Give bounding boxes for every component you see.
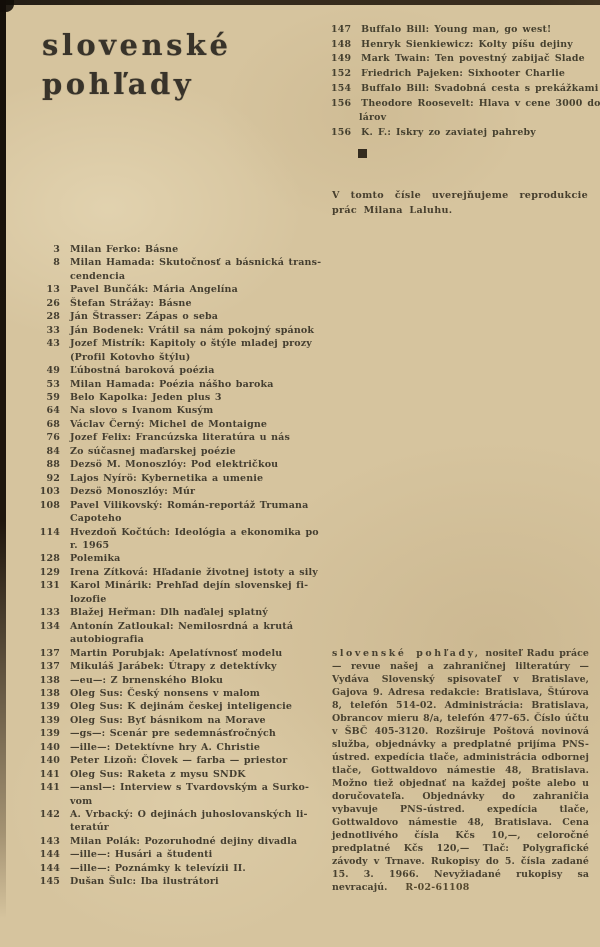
toc-entry: 144 —ille—: Husári a študenti [34, 848, 334, 861]
toc-entry-page-number: 28 [34, 310, 60, 323]
toc-entry: 139 Oleg Sus: Byť básnikom na Morave [34, 714, 334, 727]
toc-entry: 140 —ille—: Detektívne hry A. Christie [34, 741, 334, 754]
toc-entry-title: Friedrich Pajeken: Sixhooter Charlie [361, 67, 565, 82]
journal-title-line2: pohľady [42, 65, 231, 104]
toc-entry-title: Peter Lizoň: Človek — farba — priestor [70, 754, 287, 767]
toc-entry: lárov [331, 111, 593, 126]
toc-entry-page-number: 108 [34, 499, 60, 512]
toc-entry-page-number: 152 [331, 67, 351, 82]
toc-entry-title: —ille—: Poznámky k televízii II. [70, 862, 246, 875]
imprint-paragraph: slovenské pohľady, nositeľ Radu práce — … [332, 648, 589, 894]
toc-entry-page-number: 148 [331, 38, 351, 53]
toc-entry: 131 Karol Minárik: Prehľad dejín slovens… [34, 579, 334, 592]
toc-entry-title: teratúr [70, 821, 109, 834]
toc-entry-page-number: 131 [34, 579, 60, 592]
toc-entry-title: Irena Zítková: Hľadanie životnej istoty … [70, 566, 318, 579]
toc-entry-title: —gs—: Scenár pre sedemnásťročných [70, 727, 276, 740]
toc-entry-title: K. F.: Iskry zo zaviatej pahreby [361, 126, 536, 141]
toc-entry-page-number: 141 [34, 768, 60, 781]
toc-entry-page-number: 103 [34, 485, 60, 498]
toc-entry-page-number: 84 [34, 445, 60, 458]
scanned-page: slovenské pohľady 147 Buffalo Bill: Youn… [0, 0, 600, 947]
toc-entry: 129 Irena Zítková: Hľadanie životnej ist… [34, 566, 334, 579]
toc-entry: 139 —gs—: Scenár pre sedemnásťročných [34, 727, 334, 740]
reproductions-note: V tomto čísle uverejňujeme reprodukcie p… [332, 188, 588, 219]
toc-entry-page-number: 139 [34, 727, 60, 740]
toc-entry: 156 Theodore Roosevelt: Hlava v cene 300… [331, 97, 593, 112]
toc-entry-page-number: 64 [34, 404, 60, 417]
toc-entry-title: (Profil Kotovho štýlu) [70, 351, 190, 364]
toc-entry: 13 Pavel Bunčák: Mária Angelína [34, 283, 334, 296]
toc-entry-page-number: 141 [34, 781, 60, 794]
toc-entry-page-number: 143 [34, 835, 60, 848]
toc-entry-page-number: 26 [34, 297, 60, 310]
toc-entry-title: Milan Ferko: Básne [70, 243, 178, 256]
toc-entry-page-number: 129 [34, 566, 60, 579]
toc-entry: 137 Martin Porubjak: Apelatívnosť modelu [34, 647, 334, 660]
toc-entry: 139 Oleg Sus: K dejinám českej inteligen… [34, 700, 334, 713]
toc-entry-page-number: 137 [34, 647, 60, 660]
toc-entry: 88 Dezsö M. Monoszlóy: Pod električkou [34, 458, 334, 471]
toc-entry-page-number: 3 [34, 243, 60, 256]
toc-entry: teratúr [34, 821, 334, 834]
toc-entry-page-number: 76 [34, 431, 60, 444]
toc-entry: 142 A. Vrbacký: O dejinách juhoslovanský… [34, 808, 334, 821]
toc-entry-title: Oleg Sus: Český nonsens v malom [70, 687, 260, 700]
toc-entry: 145 Dušan Šulc: Iba ilustrátori [34, 875, 334, 888]
toc-entry-title: Henryk Sienkiewicz: Kolty píšu dejiny [361, 38, 573, 53]
toc-entry: 137 Mikuláš Jarábek: Útrapy z detektívky [34, 660, 334, 673]
toc-entry: 140 Peter Lizoň: Človek — farba — priest… [34, 754, 334, 767]
toc-entry: 149 Mark Twain: Ten povestný zabijač Sla… [331, 52, 593, 67]
toc-entry: 138 Oleg Sus: Český nonsens v malom [34, 687, 334, 700]
toc-entry-title: Dezsö M. Monoszlóy: Pod električkou [70, 458, 278, 471]
toc-entry-page-number: 145 [34, 875, 60, 888]
imprint-print-code: R-02-61108 [405, 882, 469, 893]
toc-entry-page-number: 13 [34, 283, 60, 296]
toc-entry-page-number: 154 [331, 82, 351, 97]
toc-entry-page-number: 139 [34, 714, 60, 727]
toc-entry-title: A. Vrbacký: O dejinách juhoslovanských l… [70, 808, 308, 821]
toc-entry-title: Na slovo s Ivanom Kusým [70, 404, 213, 417]
toc-entry-title: Belo Kapolka: Jeden plus 3 [70, 391, 222, 404]
journal-title: slovenské pohľady [42, 26, 231, 104]
toc-entry-title: Karol Minárik: Prehľad dejín slovenskej … [70, 579, 308, 592]
toc-entry: r. 1965 [34, 539, 334, 552]
toc-entry-page-number: 88 [34, 458, 60, 471]
toc-entry-title: lozofie [70, 593, 106, 606]
toc-entry-page-number: 8 [34, 256, 60, 269]
toc-entry-title: Ľúbostná baroková poézia [70, 364, 215, 377]
toc-entry-title: Dezsö Monoszlóy: Múr [70, 485, 195, 498]
toc-entry-title: Jozef Mistrík: Kapitoly o štýle mladej p… [70, 337, 312, 350]
toc-entry-page-number: 144 [34, 862, 60, 875]
scan-edge-corner [0, 0, 14, 12]
toc-entry-title: Václav Černý: Michel de Montaigne [70, 418, 267, 431]
toc-entry: 144 —ille—: Poznámky k televízii II. [34, 862, 334, 875]
toc-entry-title: Jozef Felix: Francúzska literatúra u nás [70, 431, 290, 444]
toc-entry-title: autobiografia [70, 633, 144, 646]
toc-entry-title: Buffalo Bill: Svadobná cesta s prekážkam… [361, 82, 598, 97]
toc-entry-page-number: 133 [34, 606, 60, 619]
toc-entry: 28 Ján Štrasser: Zápas o seba [34, 310, 334, 323]
toc-entry-page-number: 43 [34, 337, 60, 350]
toc-entry-page-number: 142 [34, 808, 60, 821]
toc-entry: 3 Milan Ferko: Básne [34, 243, 334, 256]
toc-entry-title: Polemika [70, 552, 120, 565]
toc-entry: 148 Henryk Sienkiewicz: Kolty píšu dejin… [331, 38, 593, 53]
toc-entry: 33 Ján Bodenek: Vrátil sa nám pokojný sp… [34, 324, 334, 337]
toc-entry: (Profil Kotovho štýlu) [34, 351, 334, 364]
toc-entry-title: r. 1965 [70, 539, 109, 552]
toc-entry-title: Mikuláš Jarábek: Útrapy z detektívky [70, 660, 277, 673]
toc-entry: 134 Antonín Zatloukal: Nemilosrdná a kru… [34, 620, 334, 633]
toc-entry: 114 Hvezdoň Kočtúch: Ideológia a ekonomi… [34, 526, 334, 539]
toc-entry-title: Buffalo Bill: Young man, go west! [361, 23, 551, 38]
toc-entry-title: Oleg Sus: Raketa z mysu SNDK [70, 768, 246, 781]
toc-entry: 76 Jozef Felix: Francúzska literatúra u … [34, 431, 334, 444]
toc-entry: 138 —eu—: Z brnenského Bloku [34, 674, 334, 687]
toc-entry-title: Theodore Roosevelt: Hlava v cene 3000 do… [361, 97, 600, 112]
toc-entry-title: Pavel Vilikovský: Román-reportáž Trumana [70, 499, 308, 512]
toc-entry: 43 Jozef Mistrík: Kapitoly o štýle mlade… [34, 337, 334, 350]
toc-entry-page-number: 156 [331, 126, 351, 141]
toc-entry-page-number: 144 [34, 848, 60, 861]
toc-entry-page-number: 139 [34, 700, 60, 713]
scan-edge-left [0, 0, 6, 947]
toc-entry: 59 Belo Kapolka: Jeden plus 3 [34, 391, 334, 404]
toc-entry: 152 Friedrich Pajeken: Sixhooter Charlie [331, 67, 593, 82]
toc-entry-page-number: 138 [34, 674, 60, 687]
toc-entry: 92 Lajos Nyírö: Kybernetika a umenie [34, 472, 334, 485]
toc-entry: Capoteho [34, 512, 334, 525]
toc-entry-title: Štefan Strážay: Básne [70, 297, 192, 310]
toc-entry-page-number: 68 [34, 418, 60, 431]
toc-entry-title: Mark Twain: Ten povestný zabijač Slade [361, 52, 585, 67]
toc-entry-title: Ján Štrasser: Zápas o seba [70, 310, 218, 323]
scan-edge-top [0, 0, 600, 5]
toc-entry-title: Hvezdoň Kočtúch: Ideológia a ekonomika p… [70, 526, 319, 539]
toc-entry-page-number: 49 [34, 364, 60, 377]
toc-entry-page-number: 156 [331, 97, 351, 112]
toc-entry-page-number: 138 [34, 687, 60, 700]
toc-entry-page-number: 33 [34, 324, 60, 337]
toc-entry-page-number: 147 [331, 23, 351, 38]
toc-entry-title: Antonín Zatloukal: Nemilosrdná a krutá [70, 620, 293, 633]
toc-entry: vom [34, 795, 334, 808]
toc-entry: lozofie [34, 593, 334, 606]
toc-entry: 108 Pavel Vilikovský: Román-reportáž Tru… [34, 499, 334, 512]
section-marker-square [358, 149, 367, 158]
toc-entry-title: Capoteho [70, 512, 122, 525]
toc-entry-page-number: 92 [34, 472, 60, 485]
toc-entry: 141 Oleg Sus: Raketa z mysu SNDK [34, 768, 334, 781]
toc-entry-page-number: 128 [34, 552, 60, 565]
toc-entry: 68 Václav Černý: Michel de Montaigne [34, 418, 334, 431]
toc-entry: 84 Zo súčasnej maďarskej poézie [34, 445, 334, 458]
toc-entry: 143 Milan Polák: Pozoruhodné dejiny diva… [34, 835, 334, 848]
toc-entry-title: Oleg Sus: Byť básnikom na Morave [70, 714, 266, 727]
toc-entry-title: vom [70, 795, 92, 808]
toc-entry: 103 Dezsö Monoszlóy: Múr [34, 485, 334, 498]
toc-entry-page-number: 149 [331, 52, 351, 67]
toc-entry-title: Ján Bodenek: Vrátil sa nám pokojný spáno… [70, 324, 314, 337]
toc-entry-page-number: 53 [34, 378, 60, 391]
toc-entry: 141 —ansl—: Interview s Tvardovským a Su… [34, 781, 334, 794]
toc-entry: 49 Ľúbostná baroková poézia [34, 364, 334, 377]
toc-entry: 64 Na slovo s Ivanom Kusým [34, 404, 334, 417]
toc-main-list: 3 Milan Ferko: Básne 8 Milan Hamada: Sku… [34, 243, 334, 889]
toc-entry-page-number: 137 [34, 660, 60, 673]
toc-entry: cendencia [34, 270, 334, 283]
toc-entry-title: —eu—: Z brnenského Bloku [70, 674, 223, 687]
toc-entry-title: Lajos Nyírö: Kybernetika a umenie [70, 472, 263, 485]
toc-entry: 147 Buffalo Bill: Young man, go west! [331, 23, 593, 38]
toc-entry-title: —ille—: Husári a študenti [70, 848, 212, 861]
toc-continued-list: 147 Buffalo Bill: Young man, go west! 14… [331, 23, 593, 141]
toc-entry-title: Milan Hamada: Skutočnosť a básnická tran… [70, 256, 321, 269]
toc-entry-title: Martin Porubjak: Apelatívnosť modelu [70, 647, 282, 660]
toc-entry-page-number: 114 [34, 526, 60, 539]
imprint-text: nositeľ Radu práce — revue našej a zahra… [332, 648, 589, 892]
toc-entry-title: —ille—: Detektívne hry A. Christie [70, 741, 260, 754]
toc-entry: 53 Milan Hamada: Poézia nášho baroka [34, 378, 334, 391]
toc-entry-title: Blažej Heřman: Dlh naďalej splatný [70, 606, 268, 619]
toc-entry-title: Milan Hamada: Poézia nášho baroka [70, 378, 274, 391]
toc-entry-title: lárov [359, 111, 386, 126]
toc-entry: 8 Milan Hamada: Skutočnosť a básnická tr… [34, 256, 334, 269]
toc-entry-page-number: 134 [34, 620, 60, 633]
toc-entry: 133 Blažej Heřman: Dlh naďalej splatný [34, 606, 334, 619]
journal-title-line1: slovenské [42, 26, 231, 65]
toc-entry-title: Oleg Sus: K dejinám českej inteligencie [70, 700, 292, 713]
toc-entry-title: Pavel Bunčák: Mária Angelína [70, 283, 238, 296]
toc-entry: autobiografia [34, 633, 334, 646]
toc-entry-title: —ansl—: Interview s Tvardovským a Surko- [70, 781, 309, 794]
toc-entry: 26 Štefan Strážay: Básne [34, 297, 334, 310]
toc-entry: 128 Polemika [34, 552, 334, 565]
imprint-journal-name: slovenské pohľady, [332, 648, 481, 659]
toc-entry: 156 K. F.: Iskry zo zaviatej pahreby [331, 126, 593, 141]
toc-entry-page-number: 140 [34, 754, 60, 767]
toc-entry-title: Zo súčasnej maďarskej poézie [70, 445, 236, 458]
toc-entry-title: cendencia [70, 270, 125, 283]
toc-entry-title: Dušan Šulc: Iba ilustrátori [70, 875, 219, 888]
toc-entry-title: Milan Polák: Pozoruhodné dejiny divadla [70, 835, 297, 848]
toc-entry: 154 Buffalo Bill: Svadobná cesta s preká… [331, 82, 593, 97]
toc-entry-page-number: 140 [34, 741, 60, 754]
toc-entry-page-number: 59 [34, 391, 60, 404]
